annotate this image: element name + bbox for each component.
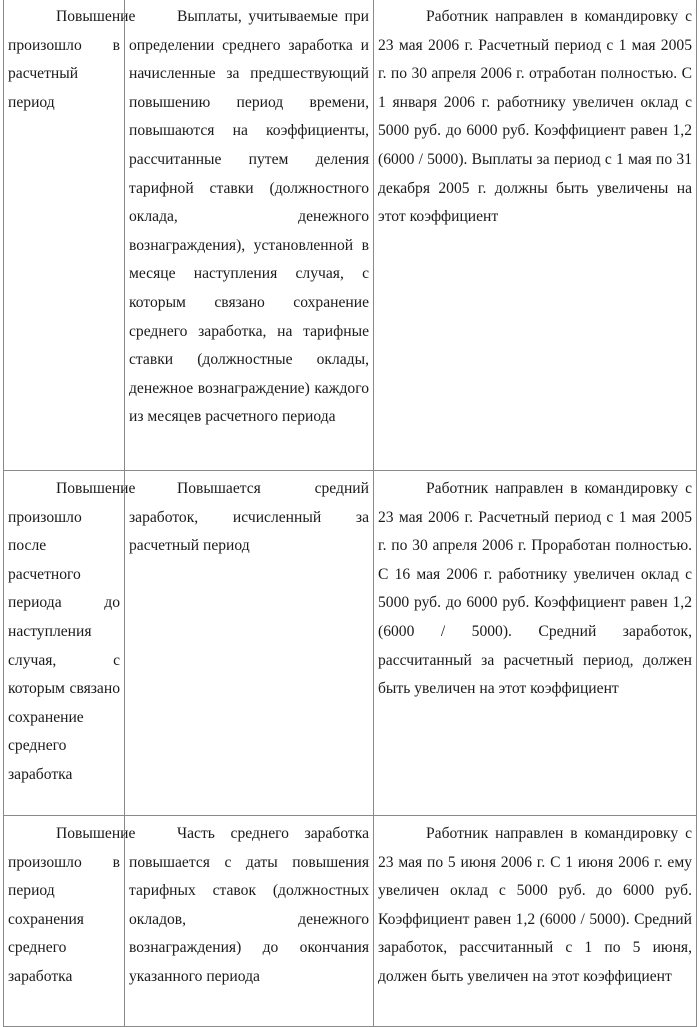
situation-cell: Повышение произошло в расчетный период bbox=[4, 0, 125, 471]
example-text: Работник направлен в командировку с 23 м… bbox=[378, 820, 692, 992]
situation-cell: Повышение произошло в период сохранения … bbox=[4, 816, 125, 1014]
rule-cell: Выплаты, учитываемые при определении сре… bbox=[125, 0, 374, 471]
situation-cell: Повышение произошло после расчетного пер… bbox=[4, 471, 125, 816]
situation-text: Повышение произошло после расчетного пер… bbox=[8, 475, 120, 790]
situation-text: Повышение произошло в период сохранения … bbox=[8, 820, 120, 992]
example-text: Работник направлен в командировку с 23 м… bbox=[378, 475, 692, 704]
table-row: Повышение произошло в период сохранения … bbox=[4, 816, 697, 1014]
situation-text: Повышение произошло в расчетный период bbox=[8, 3, 120, 117]
example-cell: Работник направлен в командировку с 23 м… bbox=[374, 816, 697, 1014]
example-text: Работник направлен в командировку с 23 м… bbox=[378, 3, 692, 232]
example-cell: Работник направлен в командировку с 23 м… bbox=[374, 471, 697, 816]
rule-cell: Повышается средний заработок, исчисленны… bbox=[125, 471, 374, 816]
table-row: Повышение произошло в расчетный период В… bbox=[4, 0, 697, 471]
rule-cell: Часть среднего заработка повышается с да… bbox=[125, 816, 374, 1014]
example-cell: Работник направлен в командировку с 23 м… bbox=[374, 0, 697, 471]
table-row: Повышение произошло после расчетного пер… bbox=[4, 471, 697, 816]
rule-text: Повышается средний заработок, исчисленны… bbox=[129, 475, 369, 561]
rule-text: Часть среднего заработка повышается с да… bbox=[129, 820, 369, 992]
rule-text: Выплаты, учитываемые при определении сре… bbox=[129, 3, 369, 432]
salary-increase-table: Повышение произошло в расчетный период В… bbox=[3, 0, 697, 1013]
